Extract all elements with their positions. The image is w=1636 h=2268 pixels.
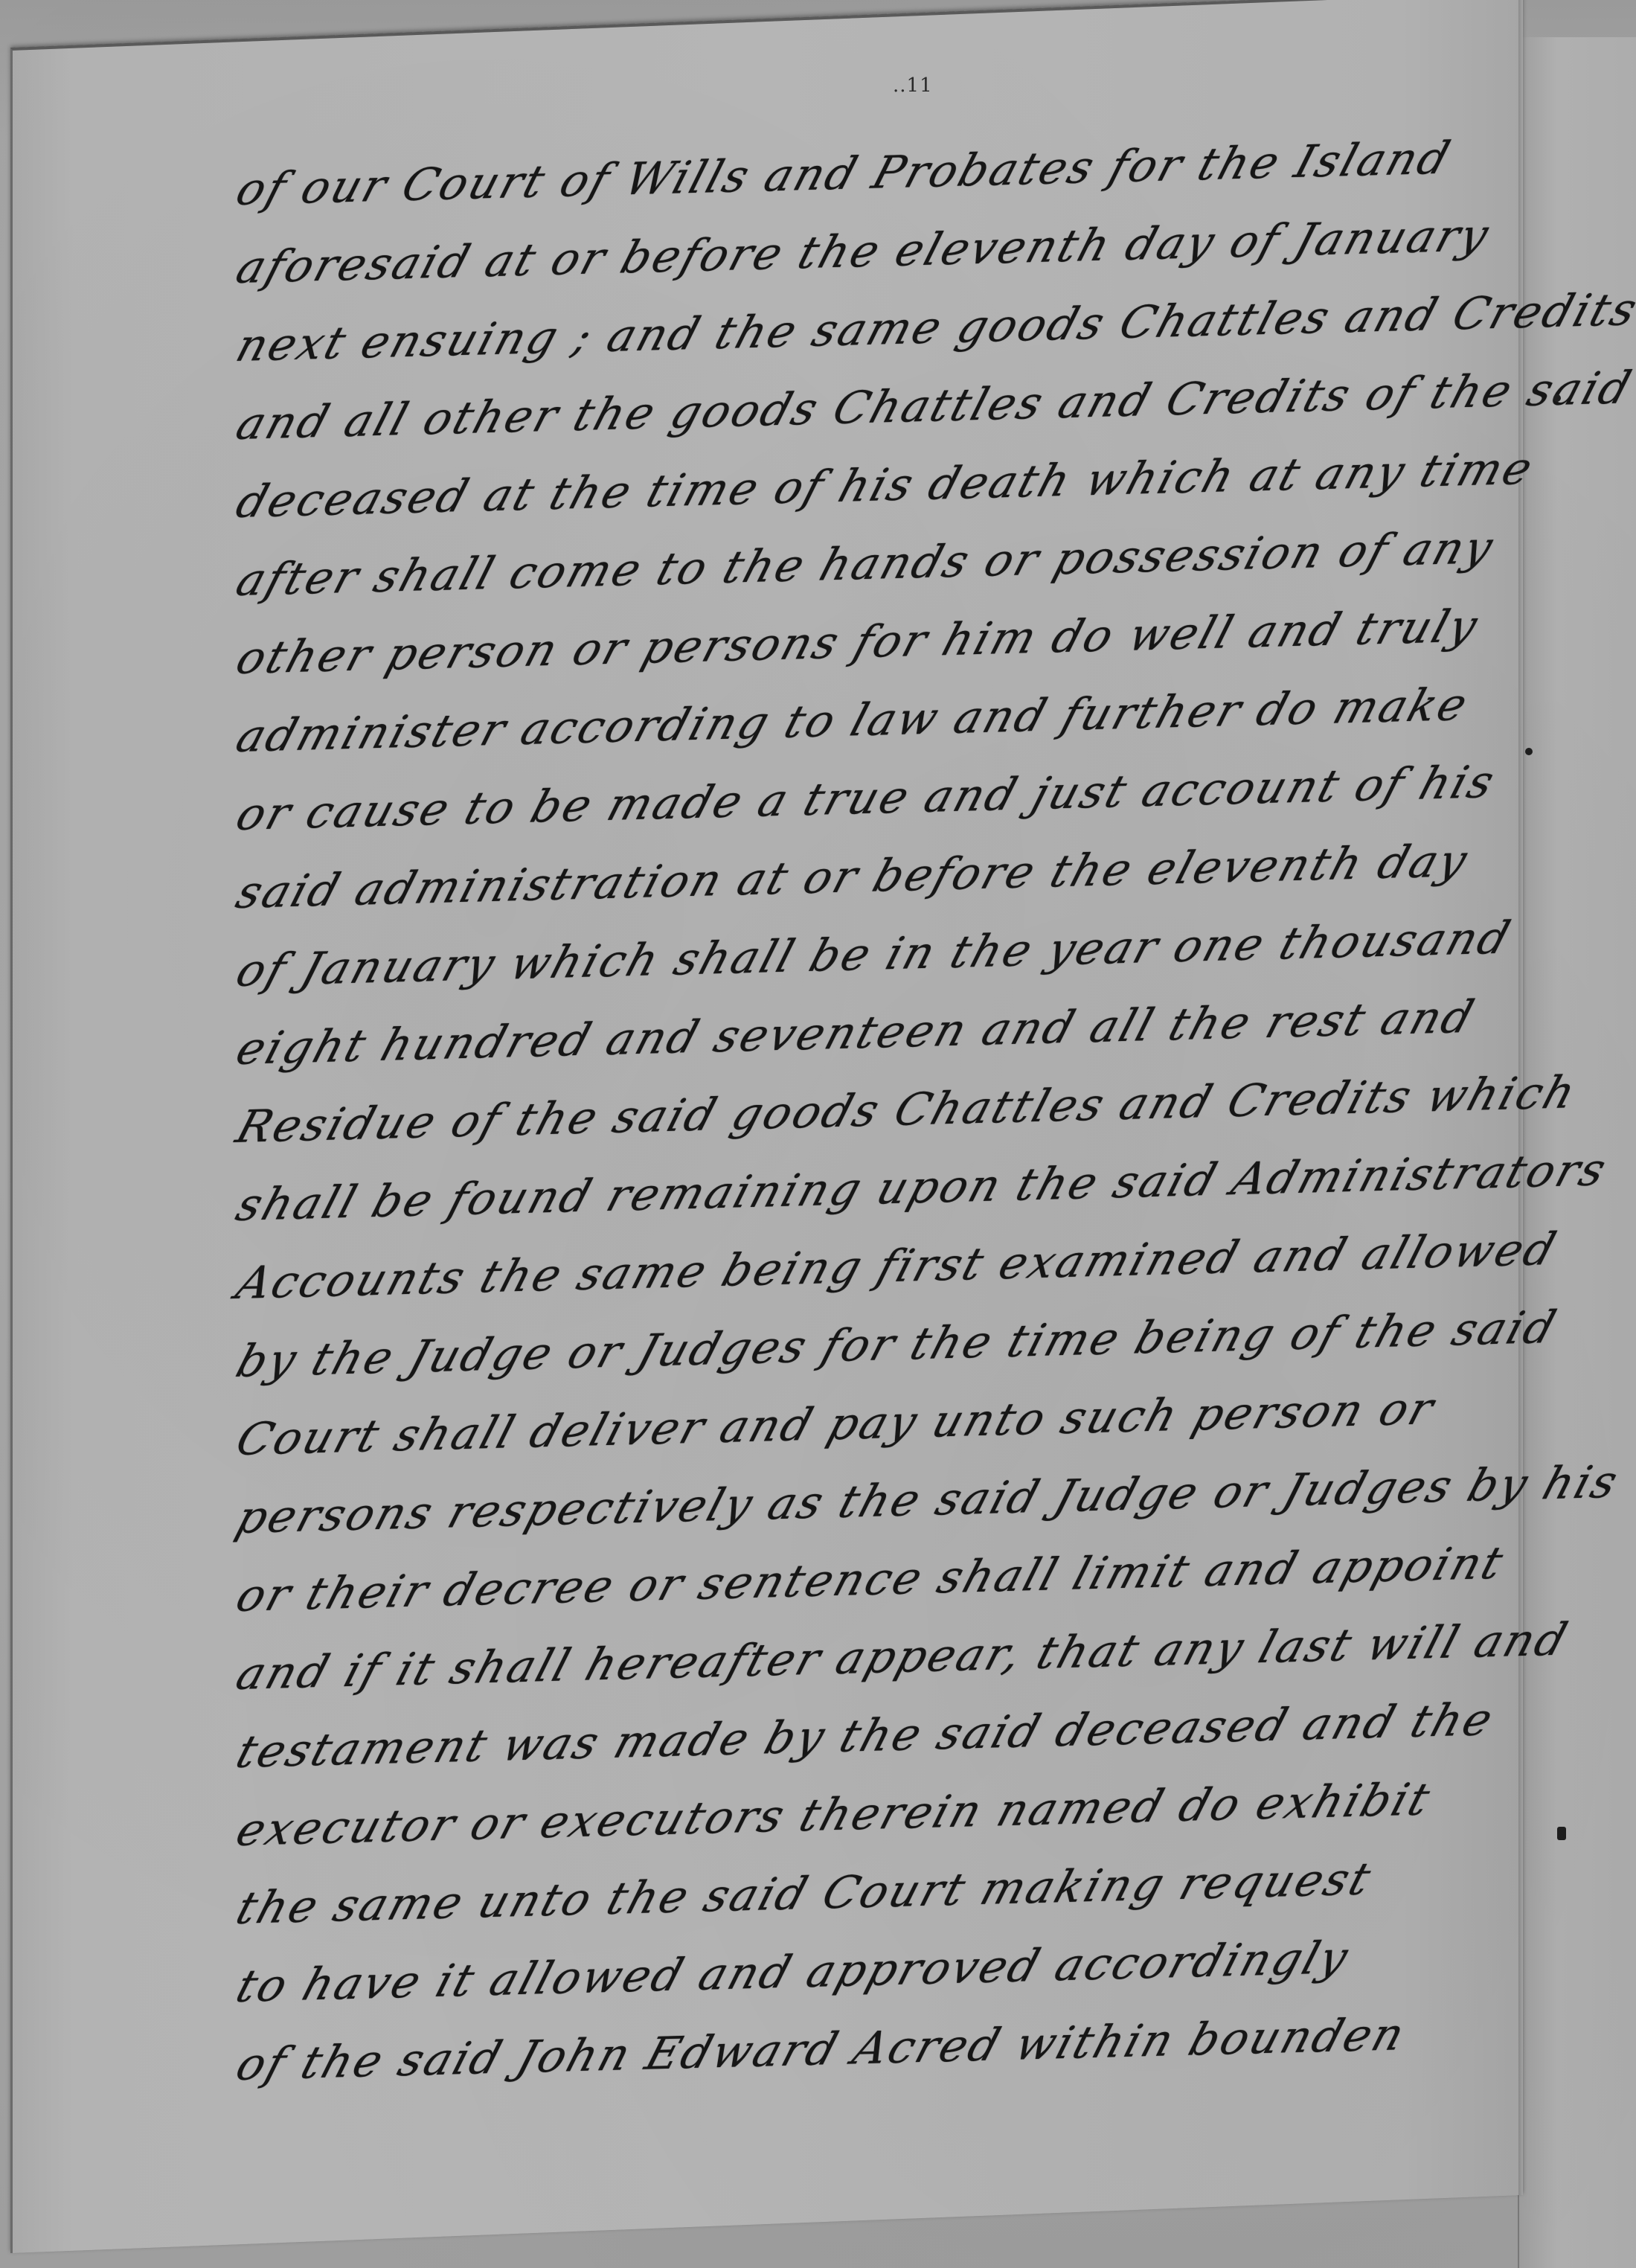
margin-ink-mark — [1553, 394, 1561, 402]
page-number-mark: ..11 — [893, 74, 933, 97]
margin-ink-mark — [1525, 748, 1533, 755]
margin-ink-mark — [1557, 1827, 1566, 1840]
